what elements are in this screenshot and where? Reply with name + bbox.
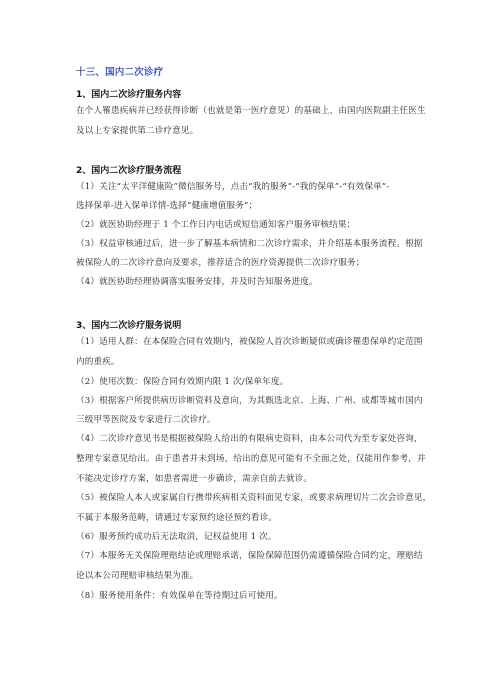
paragraph-line: （4）就医协助经理协调落实服务安排，并及时告知服务进度。 [76,275,318,287]
paragraph-line: （8）服务使用条件：有效保单在等待期过后可使用。 [76,589,283,601]
subsection-heading-1: 1、国内二次诊疗服务内容 [76,87,181,100]
section-title: 十三、国内二次诊疗 [76,64,163,78]
document-page: 十三、国内二次诊疗 1、国内二次诊疗服务内容 在个人罹患疾病并已经获得诊断（也就… [0,0,495,700]
paragraph-line: 选择保单-进入保单详情-选择“健康增值服务”； [76,199,257,211]
paragraph-line: （2）就医协助经理于 1 个工作日内电话或短信通知客户服务审核结果； [76,218,355,230]
paragraph-line: 不能决定诊疗方案，如患者需进一步确诊，需亲自前去就诊。 [76,472,312,484]
paragraph-line: （3）权益审核通过后，进一步了解基本病情和二次诊疗需求，并介绍基本服务流程。根据 [76,237,423,249]
paragraph-line: 不属于本服务范畴，请通过专家预约途径预约看诊。 [76,511,277,523]
paragraph-line: （4）二次诊疗意见书是根据被保险人给出的有限病史资料，由本公司代为至专家处咨询， [76,432,423,444]
paragraph-line: （6）服务预约成功后无法取消，记权益使用 1 次。 [76,530,277,542]
paragraph-line: （7）本服务无关保险理赔结论或理赔承诺，保险保障范围仍需遵循保险合同约定，理赔结 [76,549,423,561]
paragraph-line: （1）适用人群：在本保险合同有效期内，被保险人首次诊断疑似或确诊罹患保单约定范围 [76,335,423,347]
paragraph-line: （5）被保险人本人或家属自行携带疾病相关资料面见专家，或要求病理切片二次会诊意见… [76,491,431,503]
paragraph-line: 整理专家意见给出。由于患者并未到场，给出的意见可能有不全面之处，仅能用作参考，并 [76,452,426,464]
paragraph-line: （3）根据客户所提供病历诊断资料及意向，为其甄选北京、上海、广州、成都等城市国内 [76,394,423,406]
paragraph-line: 论以本公司理赔审核结果为准。 [76,569,198,581]
paragraph-line: （2）使用次数：保险合同有效期内限 1 次/保单年度。 [76,375,288,387]
paragraph-line: 三级甲等医院及专家进行二次诊疗。 [76,413,216,425]
subsection-heading-3: 3、国内二次诊疗服务说明 [76,318,181,331]
paragraph-line: 在个人罹患疾病并已经获得诊断（也就是第一医疗意见）的基础上，由国内医院副主任医生 [76,104,426,116]
paragraph-line: 被保险人的二次诊疗意向及要求，推荐适合的医疗资源提供二次诊疗服务； [76,256,365,268]
paragraph-line: 内的重疾。 [76,355,120,367]
paragraph-line: 及以上专家提供第二诊疗意见。 [76,124,198,136]
subsection-heading-2: 2、国内二次诊疗服务流程 [76,163,181,176]
paragraph-line: （1）关注“太平洋健康险”微信服务号，点击“我的服务”-“我的保单”-“有效保单… [76,180,389,192]
